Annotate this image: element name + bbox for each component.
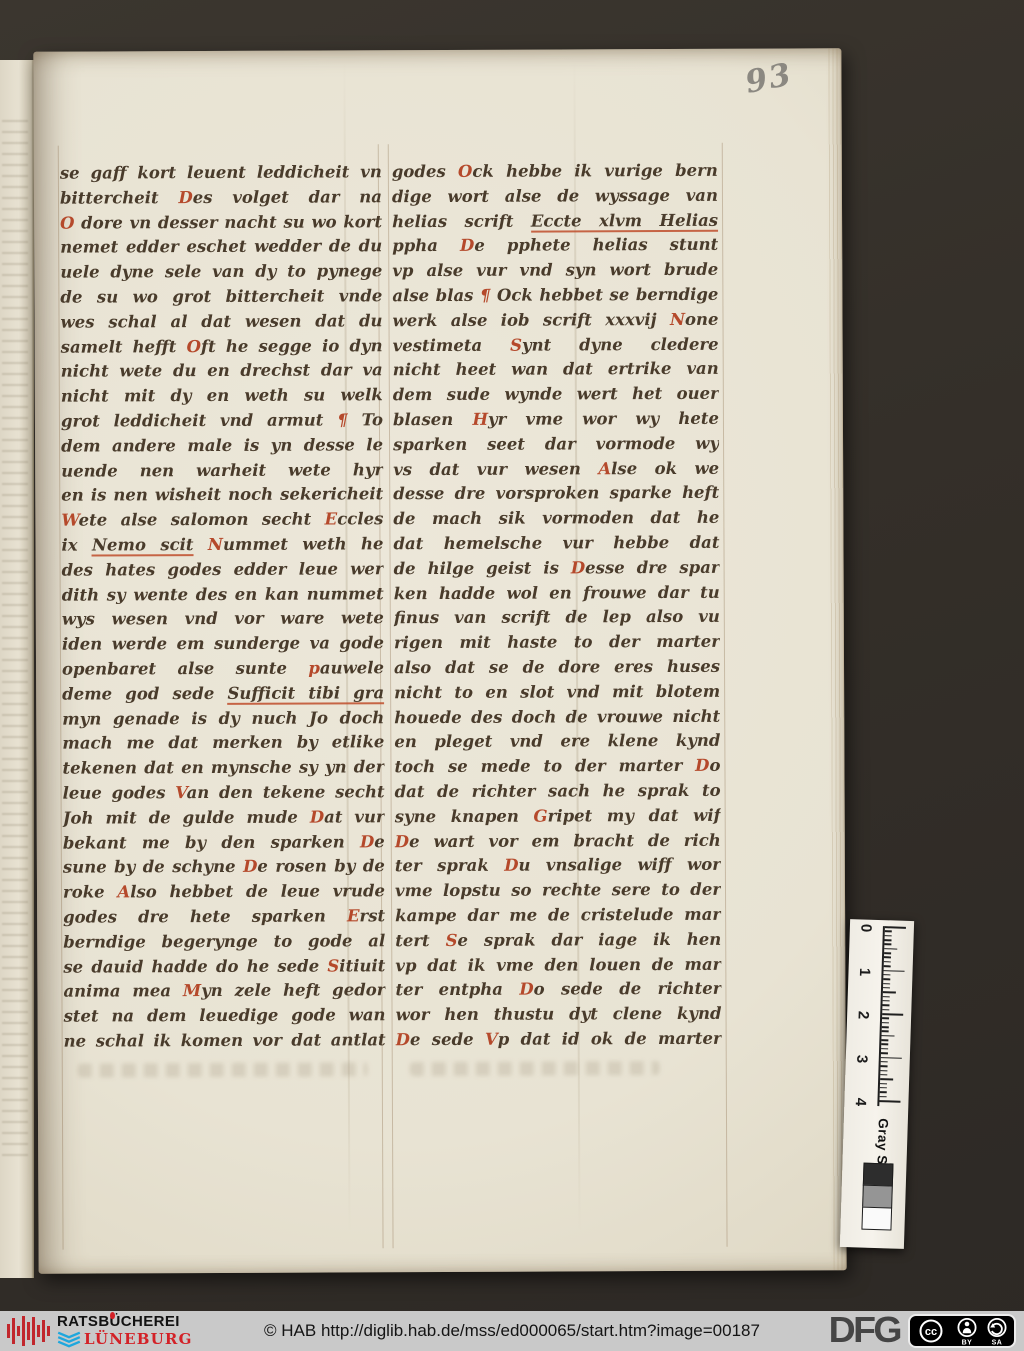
- manuscript-line: uele dyne sele van dy to pynege: [60, 259, 382, 285]
- manuscript-line: toch se mede to der marter Do: [394, 754, 720, 780]
- gray-scale-patch: [861, 1207, 892, 1231]
- manuscript-line: ken hadde wol en frouwe dar tu: [394, 580, 720, 606]
- manuscript-line: finus van scrift de lep also vu: [394, 605, 720, 631]
- ruler-tick: [881, 1035, 894, 1037]
- manuscript-line: also dat se de dore eres huses: [394, 655, 720, 681]
- gray-scale-patch: [863, 1163, 894, 1187]
- red-underlined-text: Sufficit tibi gra: [227, 683, 384, 705]
- ruler-tick: [881, 1048, 888, 1050]
- text-column-right: godes Ock hebbe ik vurige berndige wort …: [392, 159, 722, 1053]
- manuscript-line: alse blas ¶ Ock hebbet se berndige: [392, 283, 718, 309]
- manuscript-line: de hilge geist is Desse dre spar: [394, 556, 720, 582]
- ruler-tick: [879, 1100, 900, 1102]
- bleed-through-text: [410, 1061, 660, 1076]
- manuscript-line: ix Nemo scit Nummet weth he: [61, 532, 383, 558]
- ruler-tick: [881, 1065, 888, 1067]
- rubricated-text: D: [178, 188, 192, 207]
- rubricated-text: A: [598, 459, 611, 478]
- rubricated-text: G: [533, 806, 547, 825]
- ruler-tick: [882, 1022, 889, 1024]
- rubricated-text: ¶: [337, 410, 348, 429]
- ruler-tick: [882, 1004, 889, 1006]
- ruler-tick: [880, 1096, 887, 1098]
- ruler-tick: [881, 1044, 888, 1046]
- rubricated-text: D: [460, 236, 474, 255]
- gray-scale-ruler: 01234 Gray Scale: [840, 919, 914, 1249]
- rubricated-text: D: [695, 756, 709, 775]
- text-column-left: se gaff kort leuent leddicheit vnbitterc…: [60, 160, 386, 1054]
- manuscript-line: De wart vor em bracht de rich: [395, 828, 721, 854]
- rubricated-text: N: [670, 310, 685, 329]
- manuscript-line: vs dat vur wesen Alse ok we: [393, 456, 719, 482]
- red-underlined-text: Eccte xlvm Helias: [531, 210, 718, 232]
- manuscript-line: houede des doch de vrouwe nicht: [394, 704, 720, 730]
- manuscript-line: nicht to en slot vnd mit blotem: [394, 680, 720, 706]
- rubricated-text: S: [327, 956, 339, 975]
- manuscript-line: dith sy wente des en kan nummet: [62, 582, 384, 608]
- digitization-footer-bar: RATSBÜCHEREI LÜNEBURG © HAB http://digli…: [0, 1311, 1024, 1351]
- previous-page-edge: [0, 60, 34, 1278]
- manuscript-line: wor hen thustu dyt clene kynd: [395, 1002, 721, 1028]
- rubricated-text: ¶: [480, 286, 491, 305]
- rubricated-text: D: [243, 857, 257, 876]
- ruler-tick: [882, 1026, 889, 1028]
- rubricated-text: S: [446, 931, 458, 950]
- rubricated-text: D: [396, 1030, 410, 1049]
- folio-number: 93: [742, 56, 795, 101]
- manuscript-line: uende nen warheit wete hyr: [61, 458, 383, 484]
- sa-share-alike-icon: [988, 1319, 1005, 1336]
- manuscript-line: de mach sik vormoden dat he: [393, 506, 719, 532]
- ruler-tick: [884, 970, 905, 972]
- rubricated-text: D: [519, 980, 533, 999]
- by-label: BY: [962, 1340, 973, 1347]
- ruler-tick: [884, 957, 891, 959]
- rubricated-text: V: [175, 783, 186, 802]
- rubricated-text: H: [472, 410, 488, 429]
- ruler-tick: [884, 952, 891, 954]
- manuscript-line: bittercheit Des volget dar na: [60, 185, 382, 211]
- ruler-tick: [880, 1091, 887, 1093]
- manuscript-line: ter entpha Do sede de richter: [395, 977, 721, 1003]
- manuscript-line: wes schal al dat wesen dat du: [60, 309, 382, 335]
- manuscript-line: deme god sede Sufficit tibi gra: [62, 681, 384, 707]
- manuscript-line: ter sprak Du vnsalige wiff wor: [395, 853, 721, 879]
- manuscript-line: dat hemelsche vur hebbe dat: [393, 531, 719, 557]
- ruler-tick: [881, 1039, 888, 1041]
- rubricated-text: D: [504, 856, 518, 875]
- ruler-number: 1: [856, 962, 874, 981]
- manuscript-line: iden werde em sunderge va gode: [62, 631, 384, 657]
- manuscript-line: De sede Vp dat id ok de marter: [396, 1027, 722, 1053]
- sa-label: SA: [992, 1340, 1003, 1347]
- rubricated-text: M: [183, 981, 201, 1000]
- manuscript-line: berndige begerynge to gode al: [63, 929, 385, 955]
- rubricated-text: V: [485, 1030, 498, 1049]
- ruler-tick: [885, 926, 906, 928]
- manuscript-line: grot leddicheit vnd armut ¶ To: [61, 408, 383, 434]
- manuscript-line: openbaret alse sunte pauwele: [62, 656, 384, 682]
- ruler-tick: [885, 935, 892, 937]
- ruler-tick: [882, 1017, 889, 1019]
- manuscript-line: godes dre hete sparken Erst: [63, 904, 385, 930]
- manuscript-line: ne schal ik komen vor dat antlat: [64, 1028, 386, 1054]
- manuscript-line: wys wesen vnd vor ware wete: [62, 607, 384, 633]
- manuscript-line: vme lopstu so rechte sere to der: [395, 878, 721, 904]
- ruler-tick: [884, 948, 897, 950]
- ruler-tick: [883, 1000, 890, 1002]
- manuscript-line: se gaff kort leuent leddicheit vn: [60, 160, 382, 186]
- rubricated-text: O: [458, 162, 472, 181]
- manuscript-line: anima mea Myn zele heft gedor: [63, 979, 385, 1005]
- ruling-line-right: [722, 143, 728, 1247]
- ruler-tick: [882, 1031, 889, 1033]
- manuscript-line: kampe dar me de cristelude mar: [395, 903, 721, 929]
- rubricated-text: A: [117, 882, 130, 901]
- manuscript-line: tekenen dat en mynsche sy yn der: [62, 755, 384, 781]
- ruler-tick: [880, 1083, 887, 1085]
- manuscript-line: stet na dem leuedige gode wan: [63, 1003, 385, 1029]
- ruler-numbers: 01234: [850, 919, 914, 921]
- rubricated-text: E: [347, 906, 360, 925]
- manuscript-line: dat de richter sach he sprak to: [395, 779, 721, 805]
- manuscript-line: roke Also hebbet de leue vrude: [63, 879, 385, 905]
- manuscript-page: 93 se gaff kort leuent leddicheit vnbitt…: [33, 48, 846, 1274]
- ruler-tick: [883, 991, 896, 993]
- rubricated-text: D: [395, 832, 409, 851]
- manuscript-line: des hates godes edder leue wer: [62, 557, 384, 583]
- ruler-tick: [880, 1074, 887, 1076]
- ruler-tick: [880, 1070, 887, 1072]
- manuscript-line: samelt hefft Oft he segge io dyn: [61, 334, 383, 360]
- manuscript-line: blasen Hyr vme wor wy hete: [393, 407, 719, 433]
- ruler-tick: [884, 961, 891, 963]
- manuscript-line: vp dat ik vme den louen de mar: [395, 952, 721, 978]
- dfg-logo: DFG: [828, 1311, 899, 1351]
- manuscript-line: syne knapen Gripet my dat wif: [395, 803, 721, 829]
- cc-icon-text: cc: [925, 1326, 937, 1338]
- manuscript-line: myn genade is dy nuch Jo doch: [62, 706, 384, 732]
- manuscript-line: O dore vn desser nacht su wo kort: [60, 210, 382, 236]
- manuscript-line: en is nen wisheit noch sekericheit: [61, 483, 383, 509]
- manuscript-line: helias scrift Eccte xlvm Helias: [392, 208, 718, 234]
- ruler-tick: [881, 1057, 902, 1059]
- manuscript-line: leue godes Van den tekene secht: [63, 780, 385, 806]
- manuscript-line: tert Se sprak dar iage ik hen: [395, 927, 721, 953]
- ruler-tick: [880, 1078, 893, 1080]
- manuscript-line: desse dre vorsproken sparke heft: [393, 481, 719, 507]
- rubricated-text: D: [360, 832, 374, 851]
- manuscript-line: en pleget vnd ere klene kynd: [394, 729, 720, 755]
- manuscript-line: godes Ock hebbe ik vurige bern: [392, 159, 718, 185]
- ruler-number: 0: [857, 919, 875, 938]
- ruler-tick: [883, 983, 890, 985]
- manuscript-line: se dauid hadde do he sede Sitiuit: [63, 954, 385, 980]
- manuscript-line: vp alse vur vnd syn wort brude: [392, 258, 718, 284]
- manuscript-line: dem andere male is yn desse le: [61, 433, 383, 459]
- manuscript-line: nicht heet wan dat ertrike van: [393, 357, 719, 383]
- manuscript-line: Wete alse salomon secht Eccles: [61, 507, 383, 533]
- rubricated-text: N: [208, 535, 223, 554]
- manuscript-line: vestimeta Synt dyne cledere: [393, 332, 719, 358]
- ruler-tick: [883, 987, 890, 989]
- rubricated-text: D: [310, 807, 324, 826]
- cc-license-badge: cc BY SA: [908, 1314, 1016, 1348]
- manuscript-line: ppha De pphete helias stunt: [392, 233, 718, 259]
- manuscript-line: sune by de schyne De rosen by de: [63, 855, 385, 881]
- ruler-tick: [880, 1087, 887, 1089]
- red-underlined-text: Nemo scit: [92, 535, 194, 556]
- ruler-tick: [882, 1013, 903, 1015]
- gray-scale-patch: [862, 1185, 893, 1209]
- by-attribution-icon: [958, 1319, 975, 1336]
- scan-viewport: 93 se gaff kort leuent leddicheit vnbitt…: [0, 0, 1024, 1351]
- manuscript-line: nemet edder eschet wedder de du: [60, 235, 382, 261]
- ruler-tick: [881, 1052, 888, 1054]
- rubricated-text: O: [187, 337, 201, 356]
- ruler-tick: [882, 1009, 889, 1011]
- ruler-tick: [885, 939, 892, 941]
- rubricated-text: W: [61, 511, 78, 530]
- manuscript-line: mach me dat merken by etlike: [62, 731, 384, 757]
- ruler-tick: [881, 1061, 888, 1063]
- ruler-number: 2: [854, 1006, 872, 1025]
- manuscript-line: dige wort alse de wyssage van: [392, 184, 718, 210]
- ruler-tick: [883, 974, 890, 976]
- ruler-number: 4: [852, 1093, 870, 1112]
- ruler-tick: [884, 944, 891, 946]
- manuscript-line: rigen mit haste to der marter: [394, 630, 720, 656]
- rubricated-text: E: [325, 510, 338, 529]
- manuscript-line: de su wo grot bittercheit vnde: [60, 284, 382, 310]
- ruler-tick: [885, 931, 892, 933]
- rubricated-text: O: [60, 213, 74, 232]
- ruler-tick: [883, 978, 890, 980]
- rubricated-text: S: [510, 335, 522, 354]
- manuscript-line: bekant me by den sparken De: [63, 830, 385, 856]
- ruler-tick: [884, 965, 891, 967]
- bleed-through-text: [78, 1062, 368, 1077]
- manuscript-line: nicht mit dy en weth su welk: [61, 383, 383, 409]
- manuscript-line: werk alse iob scrift xxxvij None: [392, 308, 718, 334]
- manuscript-line: nicht wete du en drechst dar va: [61, 359, 383, 385]
- ruler-number: 3: [853, 1049, 871, 1068]
- manuscript-line: sparken seet dar vormode wy: [393, 432, 719, 458]
- rubricated-text: D: [571, 558, 585, 577]
- ruler-tick: [883, 996, 890, 998]
- manuscript-line: dem sude wynde wert het ouer: [393, 382, 719, 408]
- manuscript-line: Joh mit de gulde mude Dat vur: [63, 805, 385, 831]
- rubricated-text: p: [308, 658, 320, 677]
